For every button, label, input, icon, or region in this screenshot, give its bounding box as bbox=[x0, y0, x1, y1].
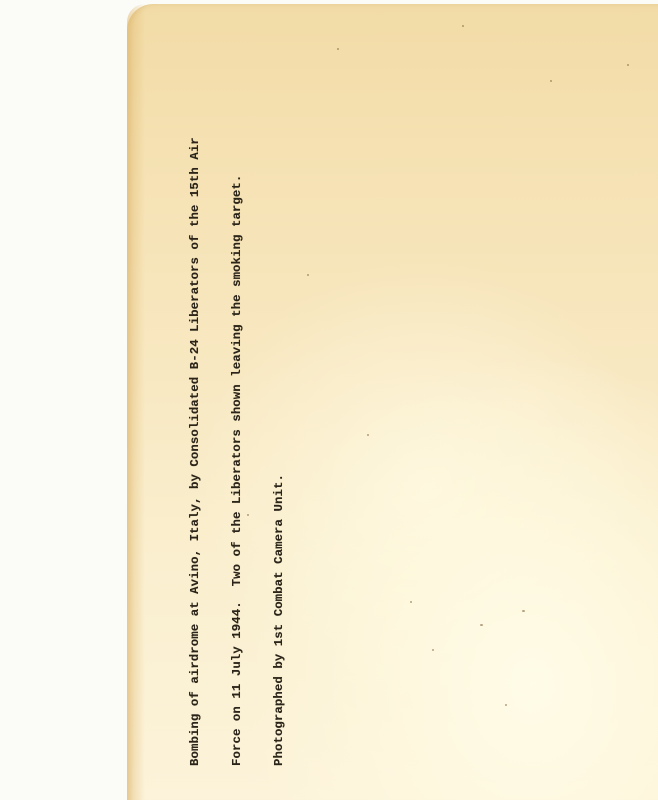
paper-speck bbox=[550, 80, 552, 82]
paper-speck bbox=[432, 649, 434, 651]
paper-speck bbox=[337, 48, 339, 50]
paper-speck bbox=[480, 624, 483, 626]
scanned-page: Bombing of airdrome at Avino, Italy, by … bbox=[0, 0, 658, 800]
caption-line-3: Photographed by 1st Combat Camera Unit. bbox=[272, 137, 286, 766]
paper-speck bbox=[410, 601, 412, 603]
caption-line-2: Force on 11 July 1944. Two of the Libera… bbox=[230, 137, 244, 766]
paper-speck bbox=[522, 610, 525, 612]
paper-speck bbox=[627, 64, 629, 66]
paper-speck bbox=[367, 434, 369, 436]
caption-line-1: Bombing of airdrome at Avino, Italy, by … bbox=[188, 137, 202, 766]
paper-speck bbox=[462, 25, 464, 27]
paper-speck bbox=[505, 704, 507, 706]
typewritten-caption: Bombing of airdrome at Avino, Italy, by … bbox=[160, 137, 314, 766]
